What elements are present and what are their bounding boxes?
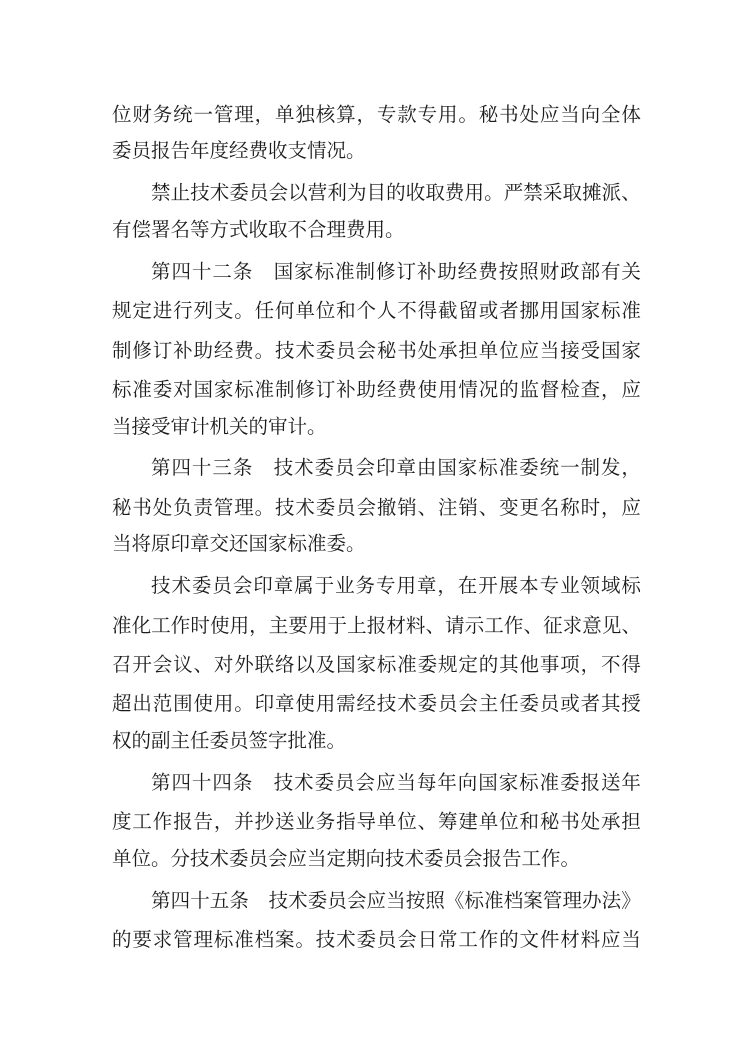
document-body: 位财务统一管理，单独核算，专款专用。秘书处应当向全体委员报告年度经费收支情况。禁… <box>112 93 641 958</box>
text-line: 单位。分技术委员会应当定期向技术委员会报告工作。 <box>112 840 641 879</box>
text-line: 第四十二条 国家标准制修订补助经费按照财政部有关 <box>112 250 641 289</box>
text-line: 第四十四条 技术委员会应当每年向国家标准委报送年 <box>112 761 641 800</box>
document-page: 位财务统一管理，单独核算，专款专用。秘书处应当向全体委员报告年度经费收支情况。禁… <box>0 0 750 1060</box>
text-line: 第四十五条 技术委员会应当按照《标准档案管理办法》 <box>112 879 641 918</box>
text-line: 权的副主任委员签字批准。 <box>112 722 641 761</box>
text-line: 位财务统一管理，单独核算，专款专用。秘书处应当向全体 <box>112 93 641 132</box>
text-line: 委员报告年度经费收支情况。 <box>112 132 641 171</box>
text-line: 超出范围使用。印章使用需经技术委员会主任委员或者其授 <box>112 683 641 722</box>
text-line: 第四十三条 技术委员会印章由国家标准委统一制发， <box>112 447 641 486</box>
text-line: 准化工作时使用，主要用于上报材料、请示工作、征求意见、 <box>112 604 641 643</box>
text-line: 禁止技术委员会以营利为目的收取费用。严禁采取摊派、 <box>112 172 641 211</box>
text-line: 制修订补助经费。技术委员会秘书处承担单位应当接受国家 <box>112 329 641 368</box>
text-line: 当接受审计机关的审计。 <box>112 408 641 447</box>
text-line: 标准委对国家标准制修订补助经费使用情况的监督检查，应 <box>112 368 641 407</box>
text-line: 技术委员会印章属于业务专用章，在开展本专业领域标 <box>112 565 641 604</box>
text-line: 当将原印章交还国家标准委。 <box>112 525 641 564</box>
text-line: 规定进行列支。任何单位和个人不得截留或者挪用国家标准 <box>112 290 641 329</box>
text-line: 召开会议、对外联络以及国家标准委规定的其他事项，不得 <box>112 643 641 682</box>
text-line: 的要求管理标准档案。技术委员会日常工作的文件材料应当 <box>112 919 641 958</box>
text-line: 有偿署名等方式收取不合理费用。 <box>112 211 641 250</box>
text-line: 秘书处负责管理。技术委员会撤销、注销、变更名称时，应 <box>112 486 641 525</box>
text-line: 度工作报告，并抄送业务指导单位、筹建单位和秘书处承担 <box>112 801 641 840</box>
